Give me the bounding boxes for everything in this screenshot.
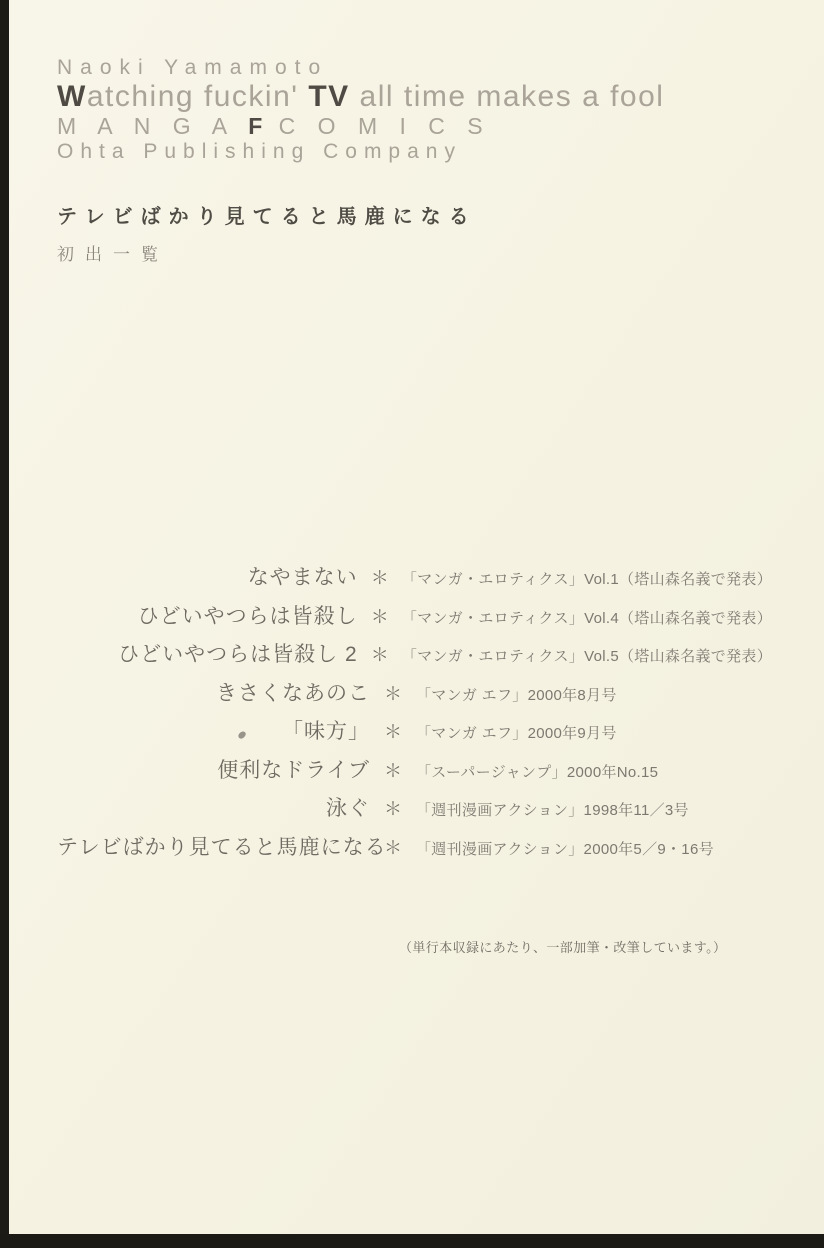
english-title-part2: all time makes a fool <box>350 80 665 113</box>
story-title: ひどいやつらは皆殺し 2 <box>57 638 358 668</box>
list-item: なやまない ＊ 「マンガ・エロティクス」Vol.1（塔山森名義で発表） <box>57 561 772 600</box>
series-bold-f: F <box>248 113 264 139</box>
asterisk-marker: ＊ <box>358 603 402 629</box>
list-item: テレビばかり見てると馬鹿になる ＊ 「週刊漫画アクション」2000年5／9・16… <box>57 831 772 870</box>
series-part1: M A N G A <box>57 113 248 139</box>
asterisk-marker: ＊ <box>358 564 402 590</box>
list-item: 「味方」 ＊ 「マンガ エフ」2000年9月号 <box>57 715 772 754</box>
series-line: M A N G A F C O M I C S <box>57 114 664 140</box>
author-name: Naoki Yamamoto <box>57 56 664 80</box>
publication-source: 「マンガ エフ」2000年9月号 <box>416 722 772 743</box>
publication-list: なやまない ＊ 「マンガ・エロティクス」Vol.1（塔山森名義で発表） ひどいや… <box>57 561 772 869</box>
list-item: ひどいやつらは皆殺し ＊ 「マンガ・エロティクス」Vol.4（塔山森名義で発表） <box>57 600 772 639</box>
book-title-japanese: テレビばかり見てると馬鹿になる <box>57 200 477 229</box>
publication-source: 「マンガ・エロティクス」Vol.1（塔山森名義で発表） <box>402 568 772 589</box>
list-item: きさくなあのこ ＊ 「マンガ エフ」2000年8月号 <box>57 677 772 716</box>
publication-source: 「週刊漫画アクション」1998年11／3号 <box>416 799 772 820</box>
asterisk-marker: ＊ <box>370 680 416 706</box>
asterisk-marker: ＊ <box>370 795 416 821</box>
asterisk-marker: ＊ <box>370 834 416 860</box>
publication-source: 「週刊漫画アクション」2000年5／9・16号 <box>416 838 772 859</box>
story-title: なやまない <box>57 561 358 591</box>
publisher-name: Ohta Publishing Company <box>57 139 664 165</box>
asterisk-marker: ＊ <box>358 641 402 667</box>
english-title-part1: atching fuckin' <box>87 80 309 113</box>
list-item: 泳ぐ ＊ 「週刊漫画アクション」1998年11／3号 <box>57 792 772 831</box>
story-title: 泳ぐ <box>57 792 370 822</box>
list-item: ひどいやつらは皆殺し 2 ＊ 「マンガ・エロティクス」Vol.5（塔山森名義で発… <box>57 638 772 677</box>
japanese-title-block: テレビばかり見てると馬鹿になる 初出一覧 <box>57 200 477 265</box>
first-publication-list-heading: 初出一覧 <box>57 240 477 265</box>
publication-source: 「スーパージャンプ」2000年No.15 <box>416 761 772 782</box>
story-title: きさくなあのこ <box>57 677 370 707</box>
revision-footnote: （単行本収録にあたり、一部加筆・改筆しています。） <box>399 937 726 956</box>
page-bottom-edge <box>0 1234 824 1248</box>
english-title-bold-tv: TV <box>308 80 349 113</box>
english-header-block: Naoki Yamamoto Watching fuckin' TV all t… <box>57 56 664 166</box>
series-part2: C O M I C S <box>264 113 490 139</box>
english-title-bold-w: W <box>57 80 87 113</box>
publication-source: 「マンガ・エロティクス」Vol.5（塔山森名義で発表） <box>402 645 772 666</box>
asterisk-marker: ＊ <box>370 718 416 744</box>
story-title: ひどいやつらは皆殺し <box>57 600 358 630</box>
list-item: 便利なドライブ ＊ 「スーパージャンプ」2000年No.15 <box>57 754 772 793</box>
page-left-edge <box>0 0 9 1248</box>
story-title: テレビばかり見てると馬鹿になる <box>57 831 370 861</box>
asterisk-marker: ＊ <box>370 757 416 783</box>
story-title: 「味方」 <box>57 715 370 745</box>
scanned-book-page: Naoki Yamamoto Watching fuckin' TV all t… <box>0 0 824 1248</box>
story-title: 便利なドライブ <box>57 754 370 784</box>
publication-source: 「マンガ・エロティクス」Vol.4（塔山森名義で発表） <box>402 607 772 628</box>
english-title: Watching fuckin' TV all time makes a foo… <box>57 80 664 114</box>
publication-source: 「マンガ エフ」2000年8月号 <box>416 684 772 705</box>
